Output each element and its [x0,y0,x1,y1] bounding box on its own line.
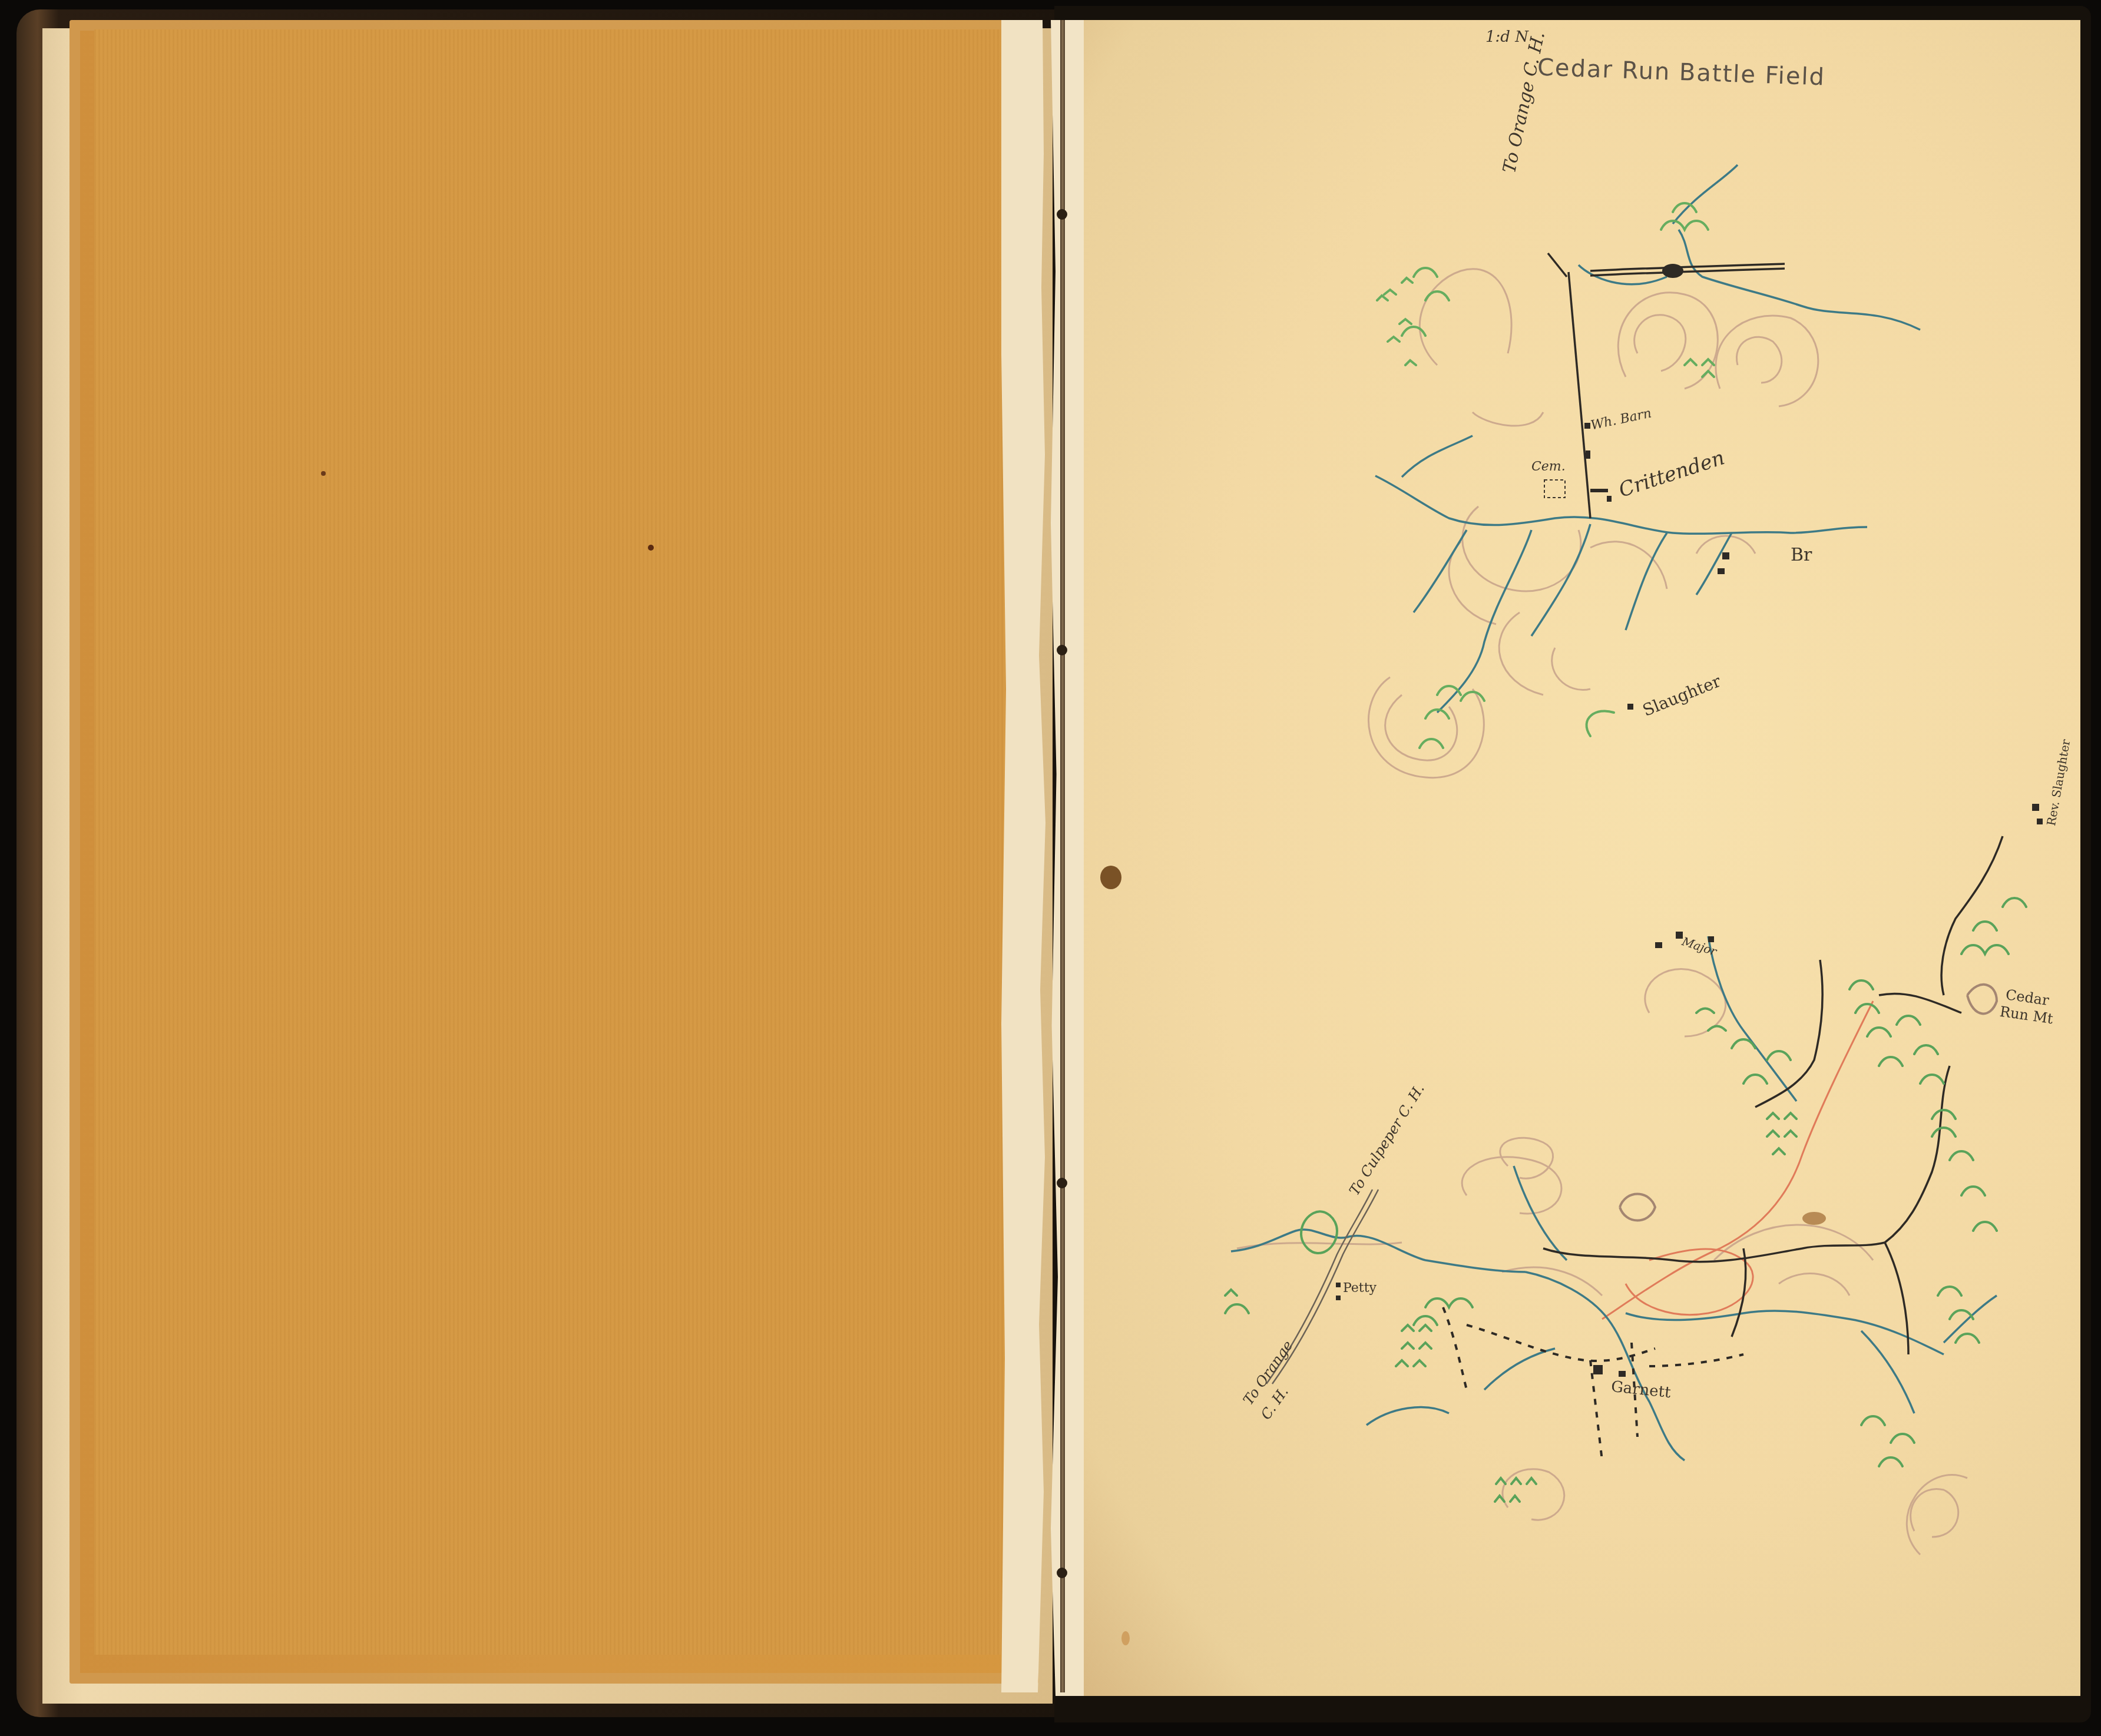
lower-map-buildings [1336,804,2043,1377]
hand-drawn-map [0,0,2101,1736]
upper-map-streams [1375,165,1920,713]
lower-map-dark-roads [1543,836,2003,1354]
lower-map-dotted-roads [1443,1307,1743,1460]
cemetery-marker [1544,480,1565,498]
lower-map-contours [1237,969,1997,1555]
north-mark-prefix: 1:d N [1485,28,1528,46]
label-cemetery: Cem. [1531,459,1566,474]
label-petty: Petty [1343,1281,1377,1296]
upper-map-contours [1369,269,1818,778]
label-br: Br [1791,545,1812,565]
lower-map-red-line [1602,1001,1873,1319]
